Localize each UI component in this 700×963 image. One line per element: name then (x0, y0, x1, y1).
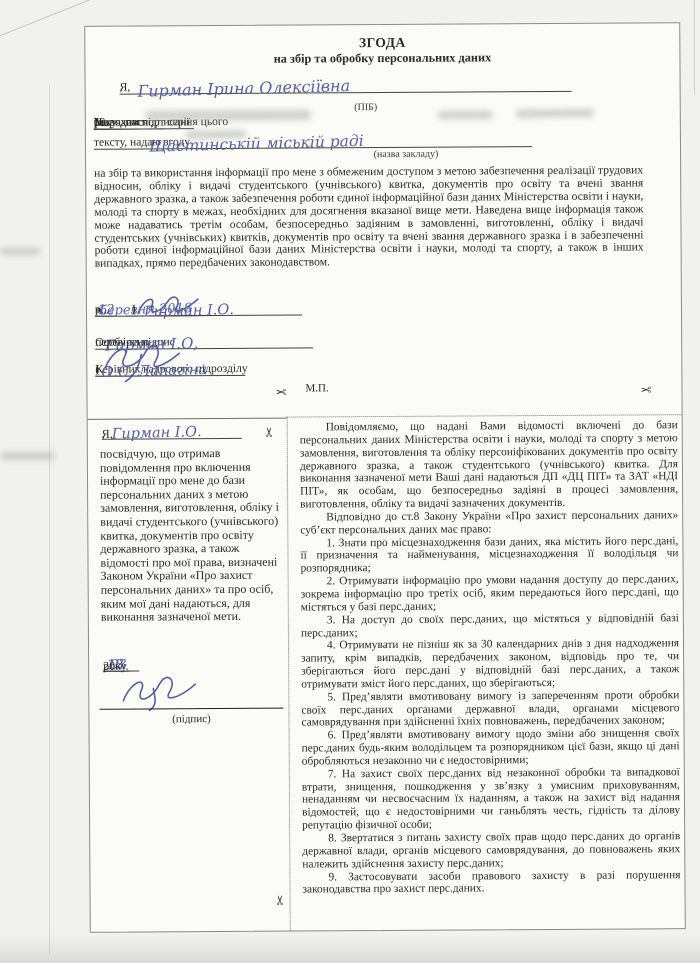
cut-line-vertical (287, 417, 291, 931)
scissors-icon: ✂ (273, 895, 286, 906)
rights-item: 4. Отримувати не пізніш як за 30 календа… (301, 638, 679, 692)
date-signature-row: « 12 » березня 2018 р., ( Гирман І.О. ) (95, 304, 132, 317)
comma: , (120, 82, 123, 95)
rights-item: 3. На доступ до своїх перс.даних, що міс… (301, 612, 679, 640)
rights-item: 6. Пред’являти вмотивовану вимогу щодо з… (302, 727, 680, 768)
year-abbrev: р., (95, 304, 107, 317)
stamp-place-label: М.П. (305, 382, 328, 395)
law-intro-paragraph: Відповідно до ст.8 Закону України «Про з… (300, 509, 678, 537)
scissors-icon: ✂ (275, 386, 286, 399)
handwritten-head-name: О.С. Лапагіна (101, 364, 207, 380)
scan-page-edge (0, 0, 91, 37)
paren-close: ) (132, 304, 136, 317)
year-suffix: року. (103, 659, 129, 674)
rights-notice-column: Повідомляємо, що надані Вами відомості в… (300, 419, 681, 897)
handwritten-name-short: Гирман І.О. (112, 424, 202, 442)
erased-handwriting (186, 130, 246, 139)
rights-item: 8. Звертатися з питань захисту своїх пра… (302, 830, 680, 871)
scissors-icon: ✂ (263, 427, 276, 438)
erased-handwriting (516, 109, 594, 118)
scan-smudge (0, 452, 55, 460)
signature-caption: (підпис) (99, 713, 283, 726)
consent-body-paragraph: на збір та використання інформації про м… (94, 164, 644, 271)
organization-field: Щастинській міській раді (94, 134, 532, 150)
name-field: Гирман Ірина Олексіївна (120, 79, 572, 95)
rights-item: 2. Отримувати інформацію про умови надан… (301, 573, 679, 614)
name-confirm-field: Гирман І.О. (132, 303, 302, 317)
section-divider-solid (88, 418, 287, 420)
scissors-icon: ✂ (640, 383, 651, 396)
head-name-field: О.С. Лапагіна (95, 363, 245, 377)
paren-close: ) (95, 364, 99, 377)
scan-fold-line (49, 85, 50, 955)
rights-item: 7. На захист своїх перс.даних від незако… (302, 766, 680, 833)
handwritten-full-name: Гирман Ірина Олексіївна (137, 80, 350, 99)
signature (117, 672, 202, 711)
left-name-field: Гирман І.О. (102, 426, 242, 440)
comma: , (102, 427, 105, 442)
org-label: (назва закладу) (286, 148, 526, 160)
erased-handwriting (438, 110, 493, 119)
rights-item: 5. Пред’являти вмотивовану вимогу із зап… (301, 689, 679, 730)
scan-shadow (0, 934, 700, 963)
cut-line-horizontal (287, 414, 682, 417)
handwritten-name-short: Гирман І.О. (144, 304, 234, 319)
scan-edge-right (694, 0, 695, 95)
left-notice-paragraph: посвідчую, що отримав повідомлення про в… (100, 447, 283, 625)
erased-handwriting (146, 109, 311, 121)
scan-smudge (0, 248, 40, 255)
notice-paragraph: Повідомляємо, що надані Вами відомості в… (300, 419, 679, 511)
rights-item: 9. Застосовувати засоби правового захист… (302, 869, 680, 897)
rights-item: 1. Знати про місцезнаходження бази даних… (300, 535, 678, 576)
document-subtitle: на збір та обробку персональних даних (85, 49, 679, 68)
consent-form-page: ЗГОДА на збір та обробку персональних да… (84, 22, 686, 933)
